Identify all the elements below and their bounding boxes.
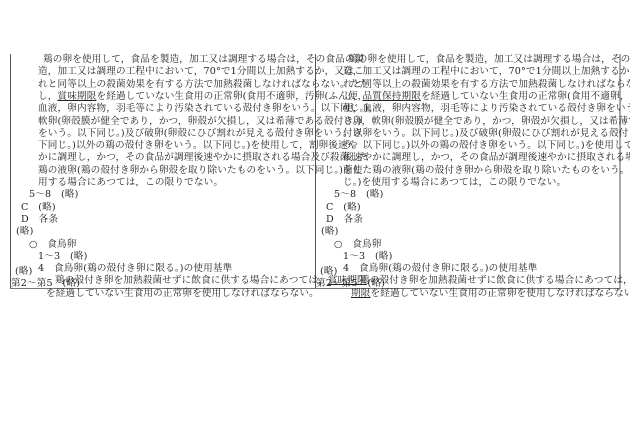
paragraph-line: 鶏の卵を使用して，食品を製造，加工又は調理する場合は，その食品の製 (348, 54, 630, 66)
paragraph-line: 鶏の液卵(鶏の殻付き卵から卵殻を取り除いたものをいう。以下同じ。)を使 (38, 165, 363, 177)
paragraph-line: う。以下同じ。)以外の鶏の殻付き卵をいう。以下同じ。)を使用して，割卵 (343, 140, 630, 152)
right-column: 鶏の卵を使用して，食品を製造，加工又は調理する場合は，その食品の製 造，加工又は… (316, 54, 619, 288)
paragraph-line: をいう。以下同じ。)及び破卵(卵殻にひび割れが見える殻付き卵をいう。以 (38, 128, 363, 140)
best-before-term: 賞味期限 (58, 91, 97, 102)
left-column: 鶏の卵を使用して，食品を製造，加工又は調理する場合は，その食品の製 造，加工又は… (11, 54, 316, 288)
paragraph-line: じ。)を使用する場合にあつては，この限りでない。 (343, 177, 566, 189)
item-c: C (略) (21, 202, 56, 214)
comparison-table: 鶏の卵を使用して，食品を製造，加工又は調理する場合は，その食品の製 造，加工又は… (10, 54, 621, 289)
paragraph-line: 造，加工又は調理の工程中において，70°で1分間以上加熱するか，又はこ (38, 66, 364, 78)
item-4-body-line: 鶏の殻付き卵を加熱殺菌せずに飲食に供する場合にあつては，品質保持 (360, 275, 630, 287)
item-4-body-line: 期限を経過していない生食用の正常卵を使用しなければならない。 (351, 288, 630, 300)
omitted-2-right: (略) (320, 266, 338, 278)
item-4-body-line: を経過していない生食用の正常卵を使用しなければならない。 (46, 288, 319, 300)
item-5-8: 5～8 (略) (29, 189, 79, 201)
omitted-1: (略) (16, 226, 34, 238)
item-c: C (略) (326, 202, 361, 214)
paragraph-line: れと同等以上の殺菌効果を有する方法で加熱殺菌しなければならない。ただ (343, 79, 630, 91)
paragraph-line: じ。)，軟卵(卵殻膜が健全であり，かつ，卵殻が欠損し，又は希薄である殻 (343, 116, 630, 128)
paragraph-line: 菌した鶏の液卵(鶏の殻付き卵から卵殻を取り除いたものをいう。以下同 (343, 165, 630, 177)
paragraph-line: 下同じ。)以外の鶏の殻付き卵をいう。以下同じ。)を使用して，割卵後速や (38, 140, 358, 152)
item-5-8: 5～8 (略) (334, 189, 384, 201)
item-1-3: 1～3 (略) (38, 251, 88, 263)
omitted-1: (略) (321, 226, 339, 238)
paragraph-line: 後速やかに調理し，かつ，その食品が調理後速やかに摂取される場合及び殺 (343, 152, 630, 164)
item-4: 4 食鳥卵(鶏の殻付き卵に限る。)の使用基準 (343, 263, 537, 275)
eggs-heading: ○ 食鳥卵 (29, 239, 77, 251)
paragraph-line: 用する場合にあつては，この限りでない。 (38, 177, 223, 189)
item-d: D 各条 (326, 214, 363, 226)
item-1-3: 1～3 (略) (343, 251, 393, 263)
eggs-heading: ○ 食鳥卵 (334, 239, 382, 251)
paragraph-line: し，品質保持期限を経過していない生食用の正常卵(食用不適卵，汚卵(ふん (343, 91, 630, 103)
paragraph-line: 付き卵をいう。以下同じ。)及び破卵(卵殻にひび割れが見える殻付き卵をい (343, 128, 630, 140)
sections-2-5-left: 第2～第5 (略) (11, 278, 80, 290)
paragraph-line: 軟卵(卵殻膜が健全であり，かつ，卵殻が欠損し，又は希薄である殻付き卵 (38, 116, 363, 128)
paragraph-line: 便，血液，卵内容物，羽毛等により汚染されている殻付き卵をいう。以下同 (343, 103, 630, 115)
quality-retention-term: 品質保持期限 (363, 91, 421, 102)
item-4: 4 食鳥卵(鶏の殻付き卵に限る。)の使用基準 (38, 263, 232, 275)
paragraph-line: 造，加工又は調理の工程中において，70°で1分間以上加熱するか，又はこ (343, 66, 630, 78)
item-d: D 各条 (21, 214, 58, 226)
omitted-2-left: (略) (15, 266, 33, 278)
sections-2-5-right: 第2～第5 (略) (316, 278, 385, 290)
